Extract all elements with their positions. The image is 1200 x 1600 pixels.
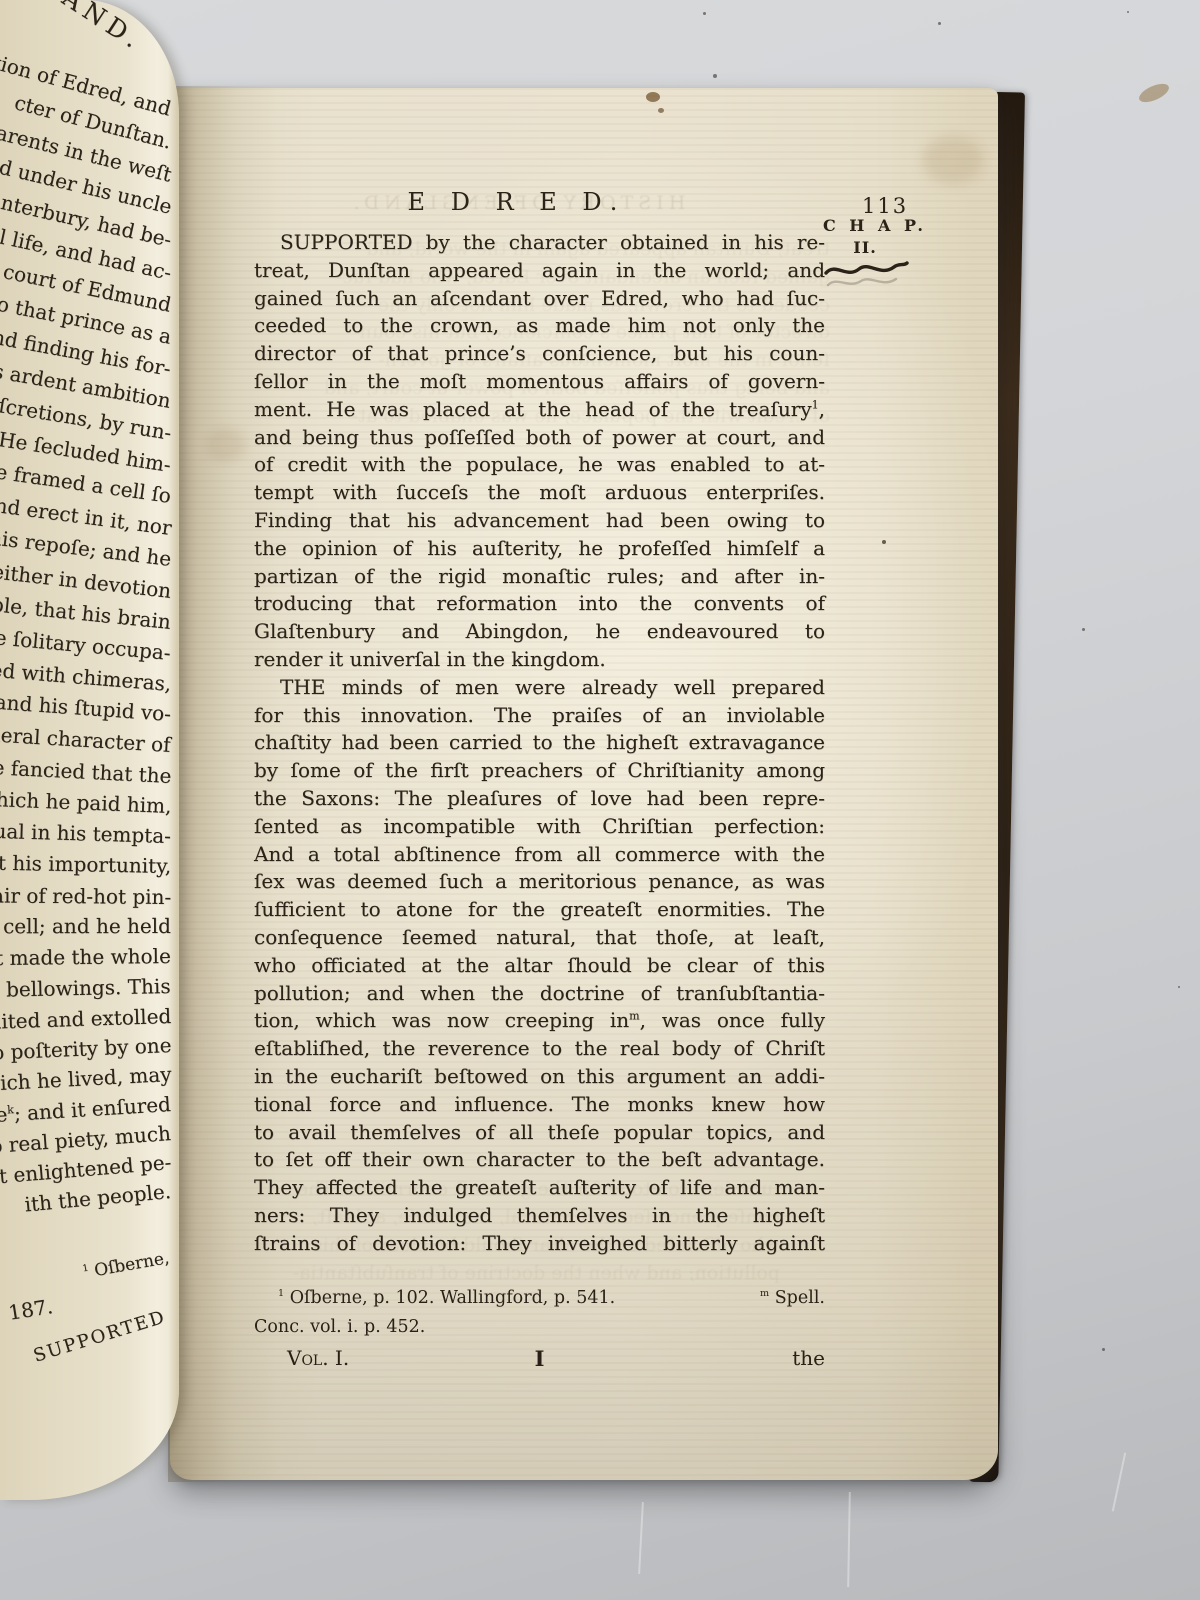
left-body-line: to poſterity by one <box>0 1033 172 1065</box>
ink-stain <box>658 108 664 113</box>
body-line: and being thus poſſeſſed both of power a… <box>254 425 825 453</box>
body-line: eſtabliſhed, the reverence to the real b… <box>254 1036 825 1064</box>
left-body-line: redited and extolled <box>0 1004 171 1034</box>
footnote-line: Conc. vol. i. p. 452. <box>254 1317 425 1337</box>
left-running-head-fragment: NGLAND. <box>0 0 149 57</box>
page-number: 113 <box>862 194 908 218</box>
body-line: ners: They indulged themſelves in the hi… <box>254 1203 825 1231</box>
footnote-reference: m Spell. <box>254 1288 825 1308</box>
left-body-line: a pair of red-hot pin- <box>0 883 171 909</box>
left-body-line: is bellowings. This <box>0 974 171 1002</box>
body-line: of credit with the populace, he was enab… <box>254 452 825 480</box>
body-line: tional force and influence. The monks kn… <box>254 1092 825 1120</box>
dust-speck <box>1127 11 1129 13</box>
body-line: to ſet off their own character to the be… <box>254 1147 825 1175</box>
left-footnote-fragment: 1 Oſberne, <box>82 1248 171 1283</box>
left-body-line: pirit made the whole <box>0 944 171 970</box>
body-line: tion, which was now creeping inm, was on… <box>254 1008 825 1036</box>
body-line: SUPPORTED by the character obtained in h… <box>254 230 825 258</box>
body-line: who officiated at the altar ſhould be cl… <box>254 953 825 981</box>
body-line: ſellor in the moſt momentous affairs of … <box>254 369 825 397</box>
left-body-line: He fancied that the <box>0 754 172 788</box>
body-line: ſufficient to atone for the greateſt eno… <box>254 897 825 925</box>
ink-speck <box>882 540 886 544</box>
bleedthrough-line: pollution; and when the doctrine of tran… <box>240 1262 780 1284</box>
body-line: gained ſuch an aſcendant over Edred, who… <box>254 286 825 314</box>
body-line: in the euchariſt beſtowed on this argume… <box>254 1064 825 1092</box>
photo-scene: HISTORY OF ENGLAND. treat, Dunſtan appea… <box>0 0 1200 1600</box>
catchword: the <box>254 1346 825 1370</box>
left-body-line: ts which he paid him, <box>0 785 171 817</box>
dust-speck <box>703 12 706 15</box>
dust-speck <box>938 22 941 25</box>
left-body-line: hich he lived, may <box>0 1062 172 1096</box>
left-body-line: he cell; and he held <box>0 914 171 938</box>
body-line: tempt with ſucceſs the moſt arduous ente… <box>254 480 825 508</box>
body-line: conſequence ſeemed natural, that thoſe, … <box>254 925 825 953</box>
body-line: treat, Dunſtan appeared again in the wor… <box>254 258 825 286</box>
chapter-heading-label: C H A P. <box>823 216 927 235</box>
fox-stain <box>206 428 246 462</box>
body-line: to avail themſelves of all theſe popular… <box>254 1120 825 1148</box>
left-page-number: 187. <box>7 1294 55 1325</box>
chapter-number: II. <box>823 238 907 257</box>
surface-scratch <box>847 1492 851 1587</box>
body-line: director of that prince’s conſcience, bu… <box>254 341 825 369</box>
surface-scratch <box>638 1502 644 1574</box>
body-line: the opinion of his auſterity, he profeſſ… <box>254 536 825 564</box>
body-line: ceeded to the crown, as made him not onl… <box>254 313 825 341</box>
dust-speck <box>1178 986 1180 988</box>
left-body-line: at his importunity, <box>0 851 171 878</box>
ink-stain <box>646 92 660 102</box>
left-page: NGLAND. erſtition of Edred, andcter of D… <box>0 0 179 1500</box>
body-line: for this innovation. The praiſes of an i… <box>254 703 825 731</box>
left-body-line: n uſual in his tempta- <box>0 818 171 848</box>
body-line: by ſome of the firſt preachers of Chriſt… <box>254 758 825 786</box>
body-line: render it univerſal in the kingdom. <box>254 647 825 675</box>
body-line: And a total abſtinence from all commerce… <box>254 842 825 870</box>
body-line: THE minds of men were already well prepa… <box>254 675 825 703</box>
dust-speck <box>1102 1348 1105 1351</box>
body-line: Glaſtenbury and Abingdon, he endeavoured… <box>254 619 825 647</box>
body-line: partizan of the rigid monaſtic rules; an… <box>254 564 825 592</box>
body-line: Finding that his advancement had been ow… <box>254 508 825 536</box>
dust-speck <box>713 74 717 78</box>
surface-scratch <box>1112 1452 1126 1511</box>
body-line: ment. He was placed at the head of the t… <box>254 397 825 425</box>
left-body-line: general character of <box>0 721 172 757</box>
body-line: chaſtity had been carried to the higheſt… <box>254 730 825 758</box>
running-head: E D R E D. <box>231 188 803 216</box>
body-line: They affected the greateſt auſterity of … <box>254 1175 825 1203</box>
body-line: troducing that reformation into the conv… <box>254 591 825 619</box>
body-line: pollution; and when the doctrine of tran… <box>254 981 825 1009</box>
body-line: the Saxons: The pleaſures of love had be… <box>254 786 825 814</box>
body-line: ſented as incompatible with Chriſtian pe… <box>254 814 825 842</box>
dust-speck <box>1082 628 1085 631</box>
fox-stain <box>922 136 984 184</box>
right-page: HISTORY OF ENGLAND. treat, Dunſtan appea… <box>170 88 998 1480</box>
chapter-ornament-swash <box>822 258 910 292</box>
stain-on-surface <box>1137 80 1172 106</box>
body-line: ſex was deemed ſuch a meritorious penanc… <box>254 869 825 897</box>
body-line: ſtrains of devotion: They inveighed bitt… <box>254 1231 825 1259</box>
